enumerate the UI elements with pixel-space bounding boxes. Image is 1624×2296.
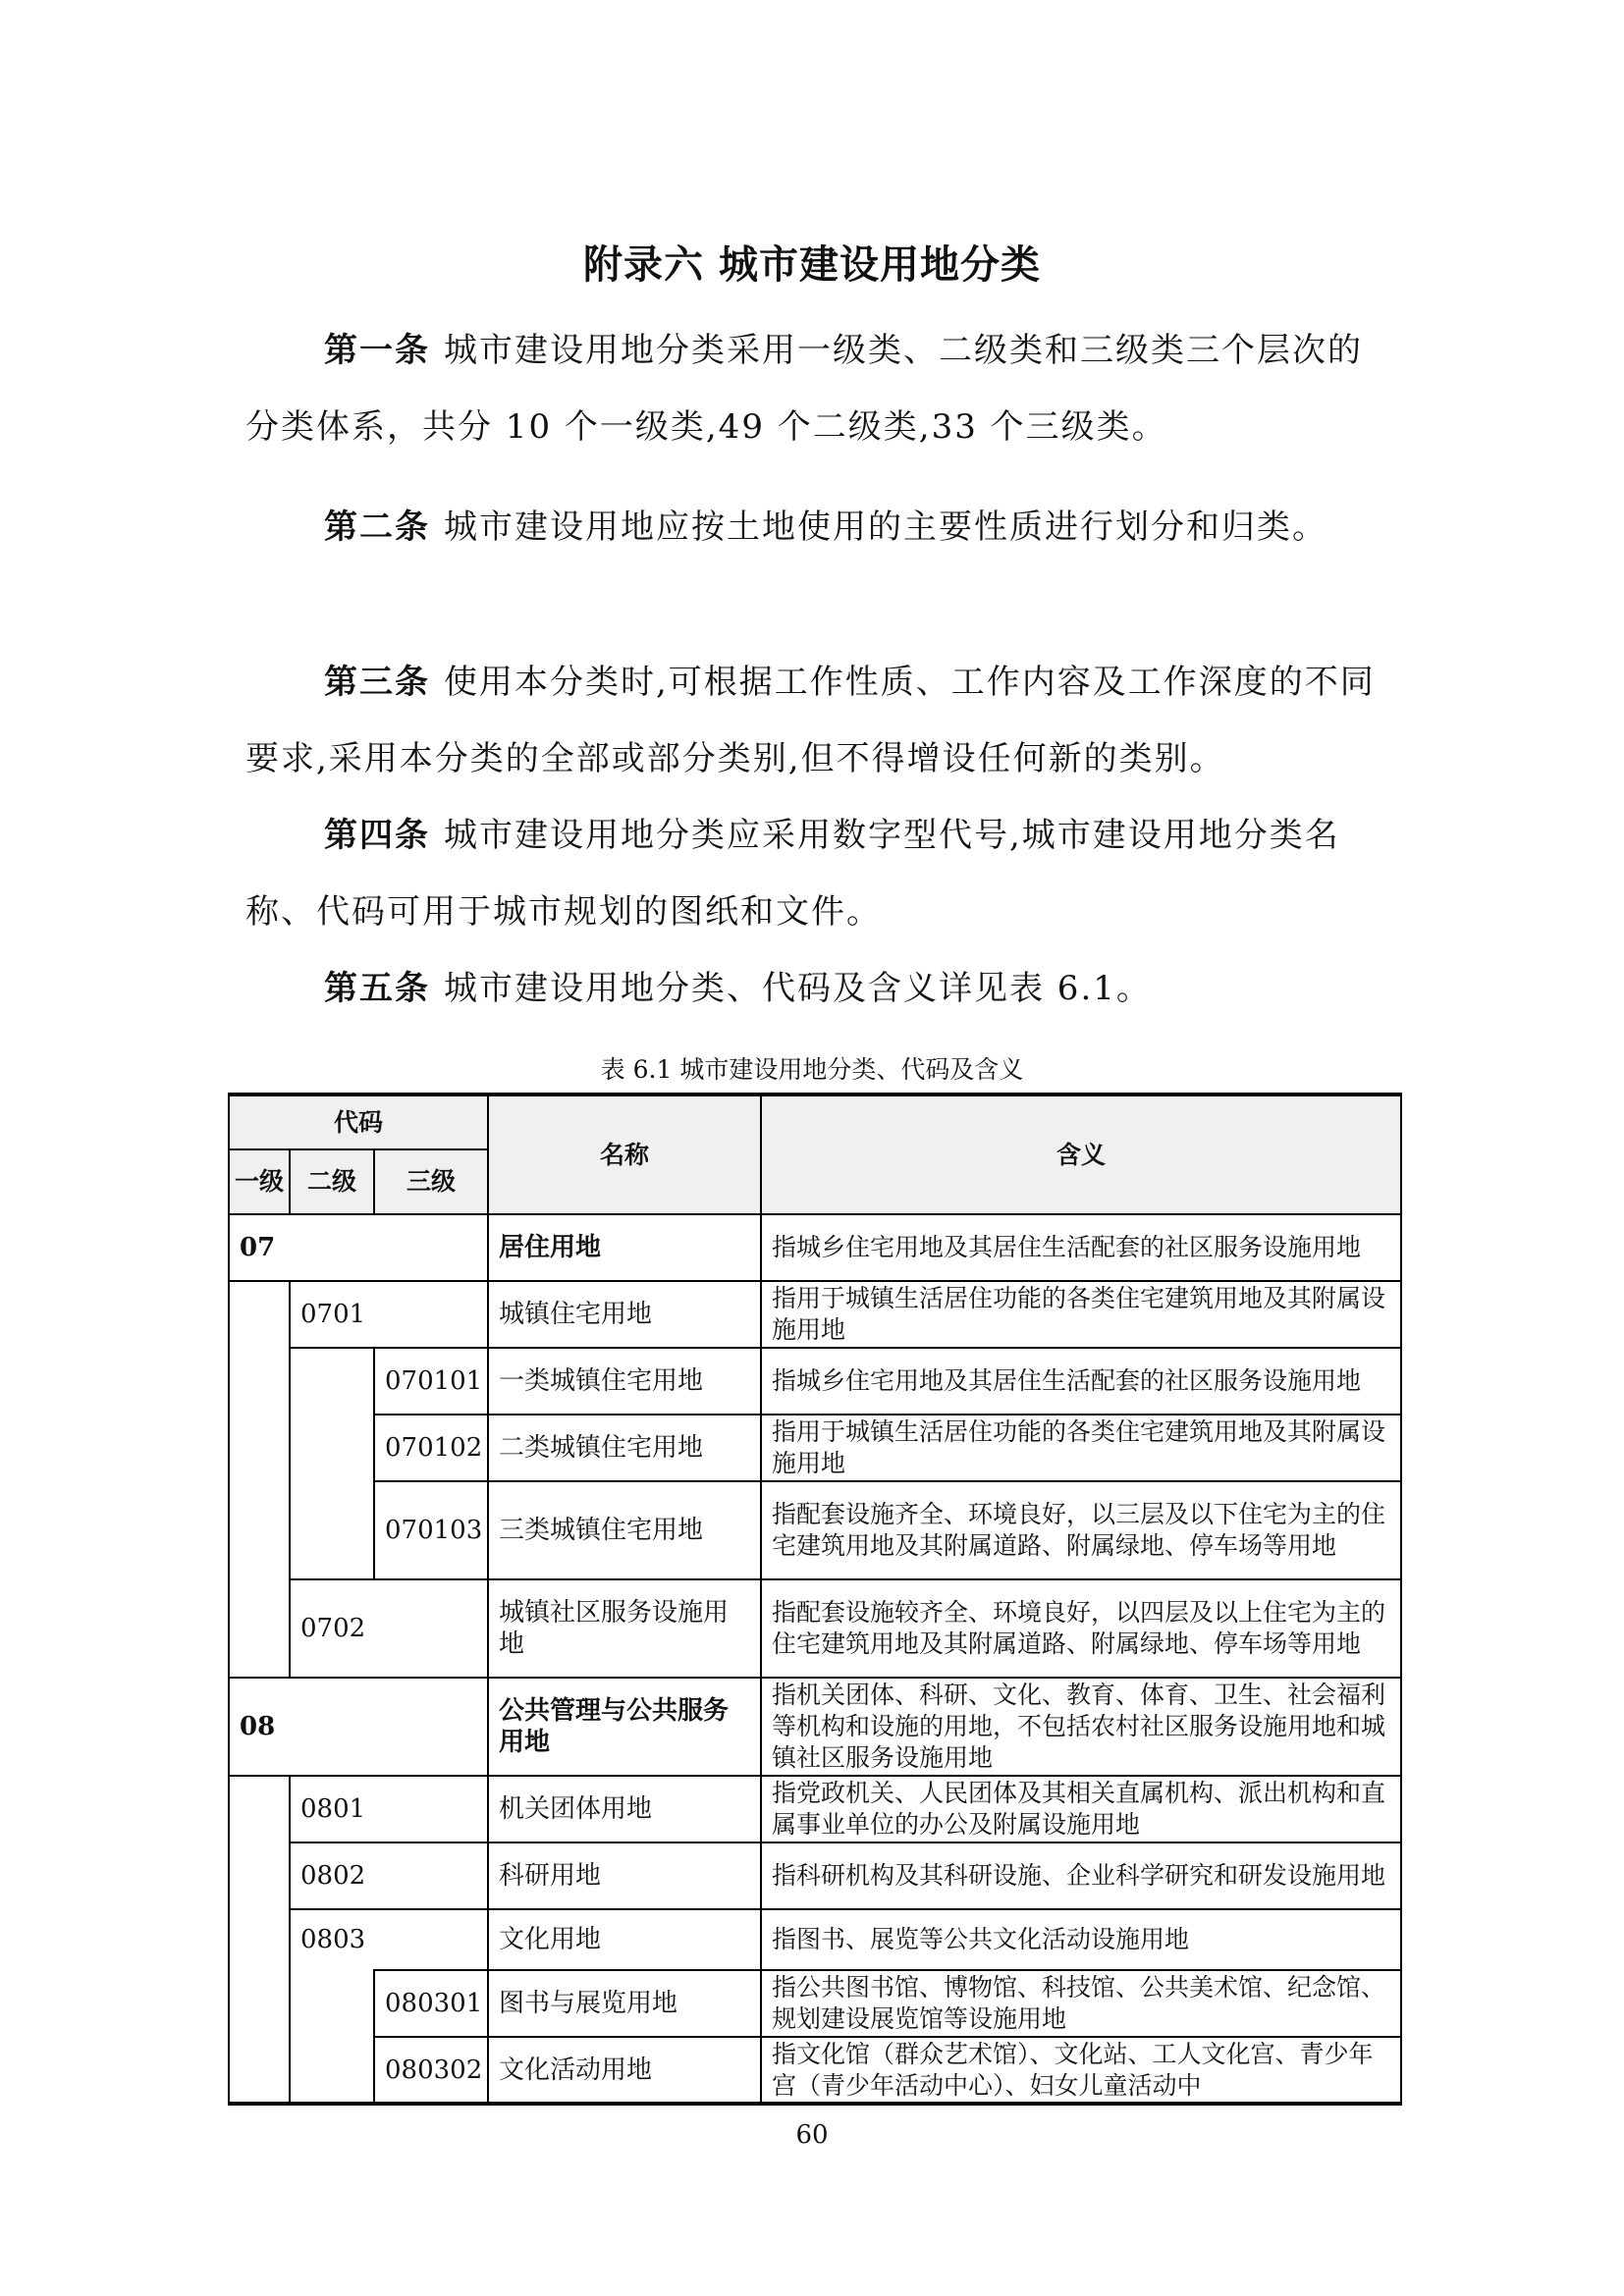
article-5: 第五条城市建设用地分类、代码及含义详见表 6.1。 bbox=[245, 950, 1394, 1027]
code-cell: 08 bbox=[229, 1678, 488, 1776]
code-cell: 070101 bbox=[374, 1348, 488, 1415]
article-3: 第三条使用本分类时,可根据工作性质、工作内容及工作深度的不同要求,采用本分类的全… bbox=[245, 644, 1394, 797]
table-row: 07 居住用地 指城乡住宅用地及其居住生活配套的社区服务设施用地 bbox=[229, 1214, 1401, 1281]
name-cell: 公共管理与公共服务用地 bbox=[488, 1678, 761, 1776]
table-row: 080302 文化活动用地 指文化馆（群众艺术馆）、文化站、工人文化宫、青少年宫… bbox=[229, 2037, 1401, 2104]
meaning-cell: 指城乡住宅用地及其居住生活配套的社区服务设施用地 bbox=[761, 1214, 1401, 1281]
table-row: 0803 文化用地 指图书、展览等公共文化活动设施用地 bbox=[229, 1909, 1401, 1970]
indent-cell bbox=[229, 1281, 290, 1678]
header-meaning: 含义 bbox=[761, 1095, 1401, 1214]
name-cell: 文化活动用地 bbox=[488, 2037, 761, 2104]
meaning-cell: 指用于城镇生活居住功能的各类住宅建筑用地及其附属设施用地 bbox=[761, 1415, 1401, 1481]
article-2-lead: 第二条 bbox=[324, 507, 430, 547]
article-3-lead: 第三条 bbox=[324, 663, 430, 702]
code-cell: 080302 bbox=[374, 2037, 488, 2104]
header-level2: 二级 bbox=[290, 1149, 374, 1214]
article-4: 第四条城市建设用地分类应采用数字型代号,城市建设用地分类名称、代码可用于城市规划… bbox=[245, 797, 1394, 950]
code-cell: 070103 bbox=[374, 1481, 488, 1579]
table-row: 080301 图书与展览用地 指公共图书馆、博物馆、科技馆、公共美术馆、纪念馆、… bbox=[229, 1970, 1401, 2037]
meaning-cell: 指机关团体、科研、文化、教育、体育、卫生、社会福利等机构和设施的用地，不包括农村… bbox=[761, 1678, 1401, 1776]
meaning-cell: 指用于城镇生活居住功能的各类住宅建筑用地及其附属设施用地 bbox=[761, 1281, 1401, 1348]
indent-cell bbox=[290, 1348, 374, 1579]
page-number: 60 bbox=[0, 2120, 1624, 2150]
meaning-cell: 指党政机关、人民团体及其相关直属机构、派出机构和直属事业单位的办公及附属设施用地 bbox=[761, 1776, 1401, 1842]
table-row: 070102 二类城镇住宅用地 指用于城镇生活居住功能的各类住宅建筑用地及其附属… bbox=[229, 1415, 1401, 1481]
article-4-lead: 第四条 bbox=[324, 816, 430, 855]
table-row: 070103 三类城镇住宅用地 指配套设施齐全、环境良好，以三层及以下住宅为主的… bbox=[229, 1481, 1401, 1579]
name-cell: 图书与展览用地 bbox=[488, 1970, 761, 2037]
code-cell: 0702 bbox=[290, 1579, 488, 1678]
table-row: 0702 城镇社区服务设施用地 指配套设施较齐全、环境良好，以四层及以上住宅为主… bbox=[229, 1579, 1401, 1678]
article-5-lead: 第五条 bbox=[324, 969, 430, 1008]
name-cell: 城镇社区服务设施用地 bbox=[488, 1579, 761, 1678]
meaning-cell: 指公共图书馆、博物馆、科技馆、公共美术馆、纪念馆、规划建设展览馆等设施用地 bbox=[761, 1970, 1401, 2037]
header-code: 代码 bbox=[229, 1095, 488, 1149]
indent-cell bbox=[229, 1776, 290, 2104]
header-level1: 一级 bbox=[229, 1149, 290, 1214]
meaning-cell: 指配套设施齐全、环境良好，以三层及以下住宅为主的住宅建筑用地及其附属道路、附属绿… bbox=[761, 1481, 1401, 1579]
article-1-lead: 第一条 bbox=[324, 331, 430, 370]
article-5-text: 城市建设用地分类、代码及含义详见表 6.1。 bbox=[444, 969, 1152, 1008]
article-2: 第二条城市建设用地应按土地使用的主要性质进行划分和归类。 bbox=[245, 489, 1394, 565]
code-cell: 070102 bbox=[374, 1415, 488, 1481]
code-cell: 0802 bbox=[290, 1842, 488, 1909]
name-cell: 居住用地 bbox=[488, 1214, 761, 1281]
name-cell: 文化用地 bbox=[488, 1909, 761, 1970]
article-1: 第一条城市建设用地分类采用一级类、二级类和三级类三个层次的分类体系，共分 10 … bbox=[245, 312, 1394, 465]
meaning-cell: 指配套设施较齐全、环境良好，以四层及以上住宅为主的住宅建筑用地及其附属道路、附属… bbox=[761, 1579, 1401, 1678]
table-row: 0701 城镇住宅用地 指用于城镇生活居住功能的各类住宅建筑用地及其附属设施用地 bbox=[229, 1281, 1401, 1348]
code-cell: 0801 bbox=[290, 1776, 488, 1842]
article-2-text: 城市建设用地应按土地使用的主要性质进行划分和归类。 bbox=[444, 507, 1327, 547]
page-title: 附录六 城市建设用地分类 bbox=[0, 234, 1624, 290]
meaning-cell: 指科研机构及其科研设施、企业科学研究和研发设施用地 bbox=[761, 1842, 1401, 1909]
header-name: 名称 bbox=[488, 1095, 761, 1214]
code-cell: 0701 bbox=[290, 1281, 488, 1348]
indent-cell bbox=[290, 1970, 374, 2104]
table-row: 0801 机关团体用地 指党政机关、人民团体及其相关直属机构、派出机构和直属事业… bbox=[229, 1776, 1401, 1842]
table-caption: 表 6.1 城市建设用地分类、代码及含义 bbox=[0, 1050, 1624, 1086]
name-cell: 二类城镇住宅用地 bbox=[488, 1415, 761, 1481]
landuse-classification-table: 代码 名称 含义 一级 二级 三级 07 居住用地 指城乡住宅用地及其居住生活配… bbox=[228, 1093, 1402, 2106]
table-row: 08 公共管理与公共服务用地 指机关团体、科研、文化、教育、体育、卫生、社会福利… bbox=[229, 1678, 1401, 1776]
name-cell: 机关团体用地 bbox=[488, 1776, 761, 1842]
code-cell: 0803 bbox=[290, 1909, 488, 1970]
name-cell: 三类城镇住宅用地 bbox=[488, 1481, 761, 1579]
table-row: 0802 科研用地 指科研机构及其科研设施、企业科学研究和研发设施用地 bbox=[229, 1842, 1401, 1909]
header-level3: 三级 bbox=[374, 1149, 488, 1214]
name-cell: 科研用地 bbox=[488, 1842, 761, 1909]
code-cell: 07 bbox=[229, 1214, 488, 1281]
meaning-cell: 指城乡住宅用地及其居住生活配套的社区服务设施用地 bbox=[761, 1348, 1401, 1415]
meaning-cell: 指图书、展览等公共文化活动设施用地 bbox=[761, 1909, 1401, 1970]
table-row: 070101 一类城镇住宅用地 指城乡住宅用地及其居住生活配套的社区服务设施用地 bbox=[229, 1348, 1401, 1415]
name-cell: 一类城镇住宅用地 bbox=[488, 1348, 761, 1415]
code-cell: 080301 bbox=[374, 1970, 488, 2037]
meaning-cell: 指文化馆（群众艺术馆）、文化站、工人文化宫、青少年宫（青少年活动中心）、妇女儿童… bbox=[761, 2037, 1401, 2104]
name-cell: 城镇住宅用地 bbox=[488, 1281, 761, 1348]
